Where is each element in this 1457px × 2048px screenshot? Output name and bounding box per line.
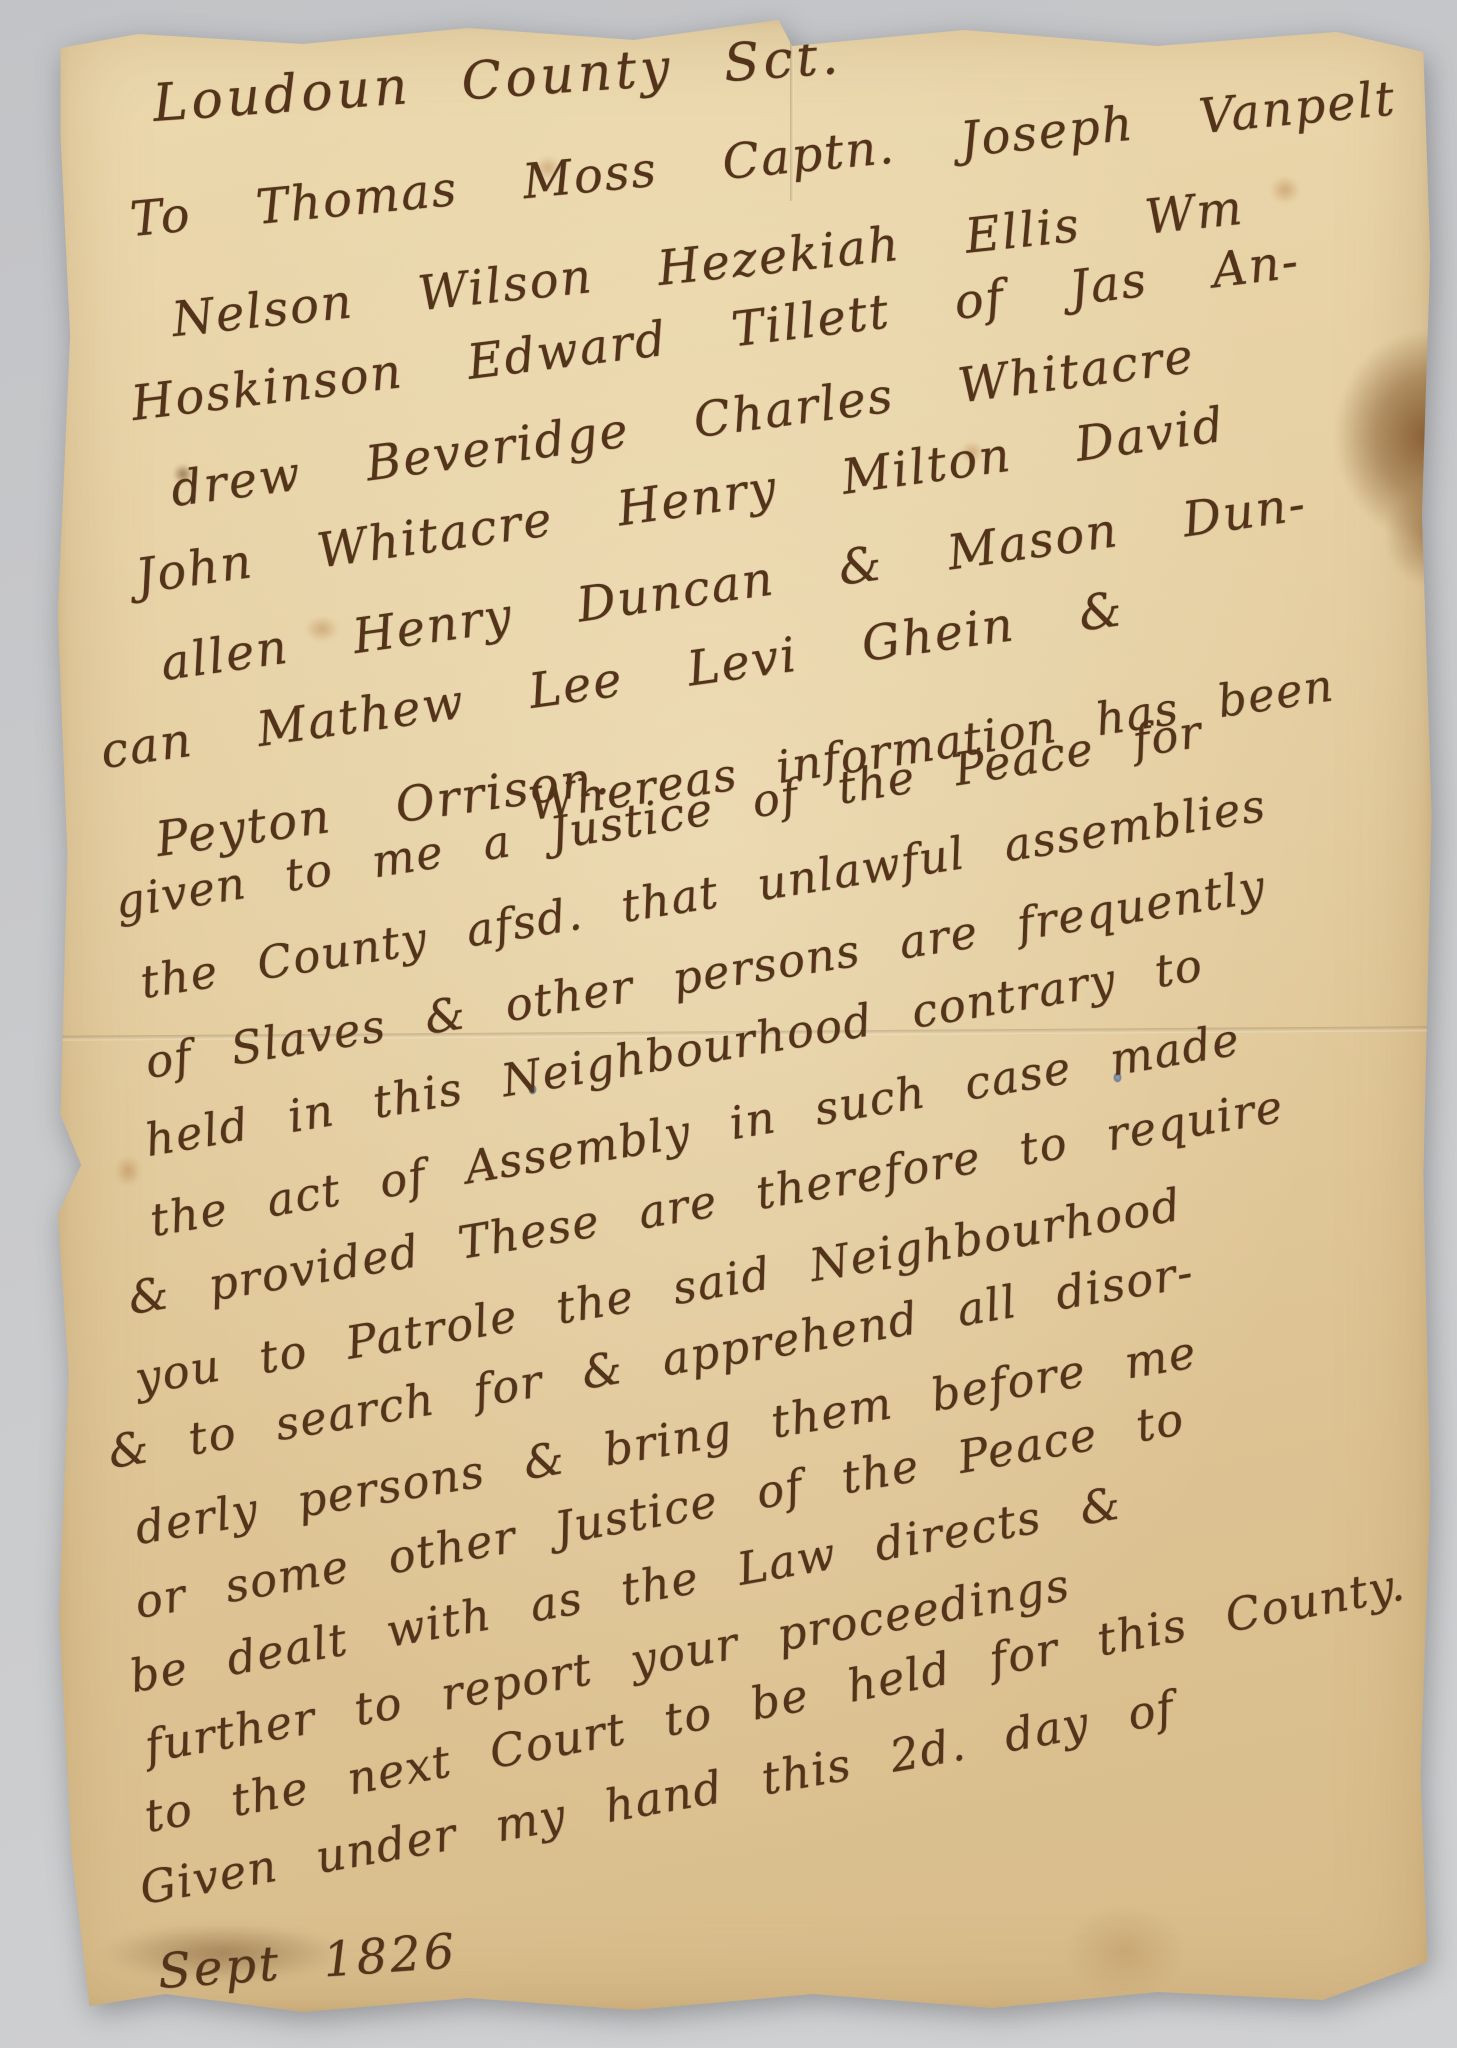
foxing-spot [115, 1156, 141, 1186]
document-heading: Loudoun County Sct. [151, 26, 844, 134]
photograph-backdrop: Loudoun County Sct. To Thomas Moss Captn… [0, 0, 1457, 2048]
manuscript-page: Loudoun County Sct. To Thomas Moss Captn… [55, 16, 1433, 2014]
manuscript-date-line: Sept 1826 [156, 1923, 459, 2000]
foxing-spot [1270, 176, 1300, 204]
ink-stain-right-edge-small [1385, 486, 1457, 586]
manuscript-page-wrap: Loudoun County Sct. To Thomas Moss Captn… [55, 16, 1433, 2014]
foxing-spot [1065, 1906, 1185, 1996]
ink-stain-right-edge [1335, 331, 1457, 541]
